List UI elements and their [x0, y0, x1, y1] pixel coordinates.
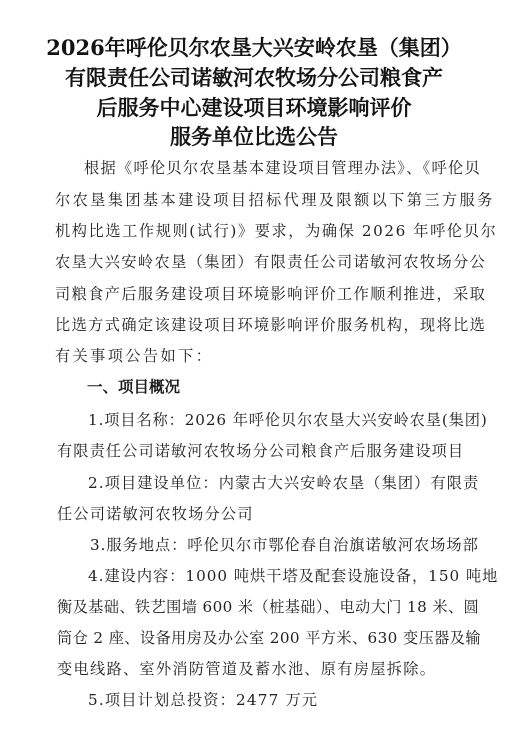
item-1-line-1: 1.项目名称：2026 年呼伦贝尔农垦大兴安岭农垦(集团): [88, 410, 488, 430]
intro-line-1: 根据《呼伦贝尔农垦基本建设项目管理办法》、《呼伦贝: [84, 158, 481, 178]
intro-line-5: 司粮食产后服务建设项目环境影响评价工作顺利推进，采取: [55, 284, 486, 304]
item-2-line-1: 2.项目建设单位：内蒙古大兴安岭农垦（集团）有限责: [88, 473, 479, 493]
intro-line-7: 有关事项公告如下：: [55, 346, 213, 366]
item-5-line-1: 5.项目计划总投资：2477 万元: [88, 690, 318, 710]
item-4-line-3: 筒仓 2 座、设备用房及办公室 200 平方米、630 变压器及输: [57, 628, 481, 648]
item-1-line-2: 有限责任公司诺敏河农牧场分公司粮食产后服务建设项目: [57, 441, 464, 461]
intro-line-2: 尔农垦集团基本建设项目招标代理及限额以下第三方服务: [55, 190, 495, 210]
item-3-line-1: 3.服务地点：呼伦贝尔市鄂伦春自治旗诺敏河农场场部: [90, 535, 479, 555]
item-4-line-4: 变电线路、室外消防管道及蓄水池、原有房屋拆除。: [57, 659, 436, 679]
item-4-line-2: 衡及基础、铁艺围墙 600 米（桩基础）、电动大门 18 米、圆: [57, 597, 479, 617]
section-heading-project-overview: 一、项目概况: [87, 377, 180, 397]
document-page: 2026年呼伦贝尔农垦大兴安岭农垦（集团） 有限责任公司诺敏河农牧场分公司粮食产…: [0, 0, 508, 756]
title-line-4: 服务单位比选公告: [0, 124, 508, 150]
item-2-line-2: 任公司诺敏河农牧场分公司: [57, 504, 254, 524]
intro-line-4: 农垦大兴安岭农垦（集团）有限责任公司诺敏河农牧场分公: [55, 252, 486, 272]
title-line-3: 后服务中心建设项目环境影响评价: [0, 95, 508, 121]
title-line-1: 2026年呼伦贝尔农垦大兴安岭农垦（集团）: [0, 35, 508, 61]
item-4-line-1: 4.建设内容：1000 吨烘干塔及配套设施设备，150 吨地: [88, 566, 498, 586]
intro-line-6: 比选方式确定该建设项目环境影响评价服务机构，现将比选: [55, 315, 486, 335]
intro-line-3: 机构比选工作规则(试行)》要求，为确保 2026 年呼伦贝尔: [55, 221, 497, 241]
title-line-2: 有限责任公司诺敏河农牧场分公司粮食产: [0, 65, 508, 91]
